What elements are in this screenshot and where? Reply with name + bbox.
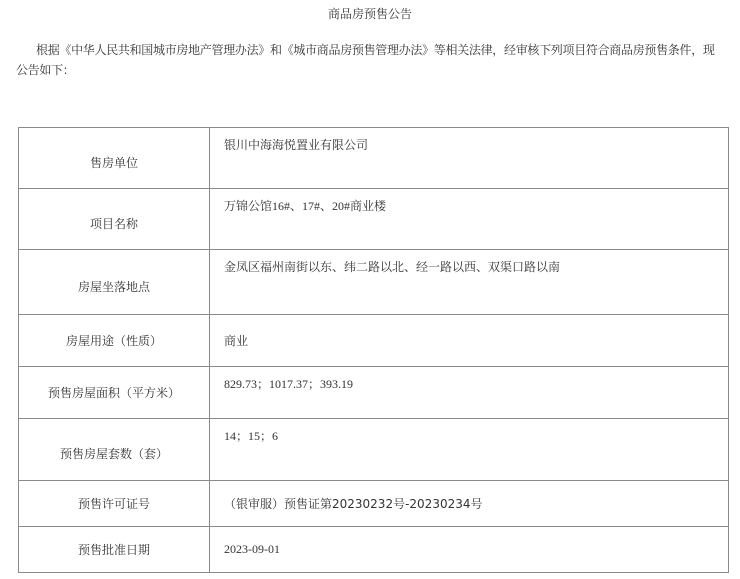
table-row-project-name: 项目名称 万锦公馆16#、17#、20#商业楼: [19, 189, 729, 250]
table-row-usage: 房屋用途（性质） 商业: [19, 315, 729, 367]
value-usage: 商业: [210, 315, 729, 367]
table-row-units: 预售房屋套数（套） 14；15；6: [19, 419, 729, 481]
label-seller: 售房单位: [19, 128, 210, 189]
value-units: 14；15；6: [210, 419, 729, 481]
table-row-approval-date: 预售批准日期 2023-09-01: [19, 527, 729, 573]
presale-info-table: 售房单位 银川中海海悦置业有限公司 项目名称 万锦公馆16#、17#、20#商业…: [18, 127, 729, 573]
value-project-name: 万锦公馆16#、17#、20#商业楼: [210, 189, 729, 250]
value-approval-date: 2023-09-01: [210, 527, 729, 573]
label-seller-text: 售房单位: [90, 156, 138, 170]
label-units-text: 预售房屋套数（套）: [60, 447, 168, 461]
label-location: 房屋坐落地点: [19, 250, 210, 315]
table-row-location: 房屋坐落地点 金凤区福州南街以东、纬二路以北、经一路以西、双渠口路以南: [19, 250, 729, 315]
table-row-permit-number: 预售许可证号 （银审服）预售证第20230232号-20230234号: [19, 481, 729, 527]
value-seller: 银川中海海悦置业有限公司: [210, 128, 729, 189]
label-approval-date: 预售批准日期: [19, 527, 210, 573]
table-row-seller: 售房单位 银川中海海悦置业有限公司: [19, 128, 729, 189]
label-location-text: 房屋坐落地点: [78, 280, 150, 294]
label-project-name-text: 项目名称: [90, 217, 138, 231]
value-permit-number: （银审服）预售证第20230232号-20230234号: [210, 481, 729, 527]
value-location: 金凤区福州南街以东、纬二路以北、经一路以西、双渠口路以南: [210, 250, 729, 315]
table-row-area: 预售房屋面积（平方米） 829.73；1017.37；393.19: [19, 367, 729, 419]
document-title: 商品房预售公告: [0, 6, 740, 22]
label-project-name: 项目名称: [19, 189, 210, 250]
intro-paragraph: 根据《中华人民共和国城市房地产管理办法》和《城市商品房预售管理办法》等相关法律，…: [16, 40, 726, 80]
label-units: 预售房屋套数（套）: [19, 419, 210, 481]
label-usage: 房屋用途（性质）: [19, 315, 210, 367]
value-area: 829.73；1017.37；393.19: [210, 367, 729, 419]
label-area: 预售房屋面积（平方米）: [19, 367, 210, 419]
label-permit-number: 预售许可证号: [19, 481, 210, 527]
